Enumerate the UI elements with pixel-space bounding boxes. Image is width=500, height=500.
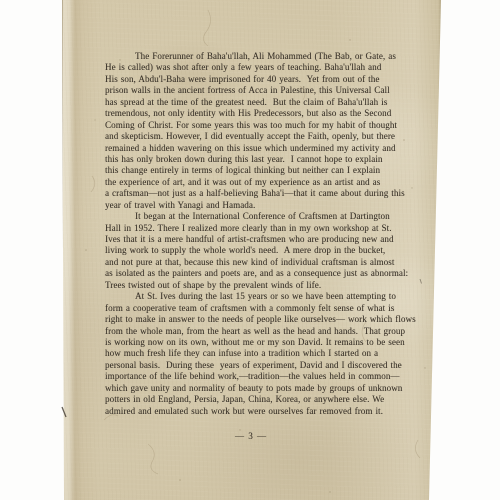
- text-line: this change entirely in terms of logical…: [105, 165, 435, 176]
- text-line: Trees twisted out of shape by the preval…: [105, 280, 435, 291]
- text-line: importance of the life behind work,—trad…: [105, 371, 435, 382]
- text-line: how much fresh life they can infuse into…: [105, 348, 435, 359]
- text-line: a craftsman—not just as a half-believing…: [105, 188, 435, 199]
- text-line: admired and emulated such work but were …: [105, 406, 435, 417]
- text-line: and skepticism. However, I did eventuall…: [105, 131, 435, 142]
- text-line: form a cooperative team of craftsmen wit…: [105, 303, 435, 314]
- text-line: this has only broken down during this la…: [105, 154, 435, 165]
- text-line: personal basis. During these years of ex…: [105, 360, 435, 371]
- text-line: The Forerunner of Baha'u'llah, Ali Moham…: [105, 51, 435, 62]
- text-line: living work to supply the whole world's …: [105, 245, 435, 256]
- text-line: tremendous, not only identity with His P…: [105, 108, 435, 119]
- text-line: Hall in 1952. There I realized more clea…: [105, 223, 435, 234]
- text-line: Coming of Christ. For some years this wa…: [105, 120, 435, 131]
- book-page: The Forerunner of Baha'u'llah, Ali Moham…: [0, 0, 500, 500]
- text-line: He is called) was shot after only a few …: [105, 62, 435, 73]
- text-block: The Forerunner of Baha'u'llah, Ali Moham…: [105, 51, 435, 417]
- paragraph: At St. Ives during the last 15 years or …: [105, 291, 435, 417]
- text-line: which gave unity and normality of beauty…: [105, 383, 435, 394]
- text-line: the experience of art, and it was out of…: [105, 177, 435, 188]
- text-line: is working now on its own, without me or…: [105, 337, 435, 348]
- text-line: prison walls in the ancient fortress of …: [105, 85, 435, 96]
- text-line: At St. Ives during the last 15 years or …: [105, 291, 435, 302]
- text-line: remained a hidden wavering on this issue…: [105, 143, 435, 154]
- text-line: and not pure at that, because this new k…: [105, 257, 435, 268]
- text-line: His son, Abdu'l-Baha were imprisoned for…: [105, 74, 435, 85]
- text-line: year of travel with Yanagi and Hamada.: [105, 200, 435, 211]
- text-line: has spread at the time of the greatest n…: [105, 97, 435, 108]
- text-line: It began at the International Conference…: [105, 211, 435, 222]
- text-line: as isolated as the painters and poets ar…: [105, 268, 435, 279]
- text-line: potters in old England, Persia, Japan, C…: [105, 394, 435, 405]
- page-number: — 3 —: [90, 431, 412, 441]
- photo-background: The Forerunner of Baha'u'llah, Ali Moham…: [0, 0, 500, 500]
- text-line: Ives that it is a mere handful of artist…: [105, 234, 435, 245]
- paragraph: The Forerunner of Baha'u'llah, Ali Moham…: [105, 51, 435, 211]
- text-line: from the whole man, from the heart as we…: [105, 326, 435, 337]
- text-line: right to make in answer to the needs of …: [105, 314, 435, 325]
- paragraph: It began at the International Conference…: [105, 211, 435, 291]
